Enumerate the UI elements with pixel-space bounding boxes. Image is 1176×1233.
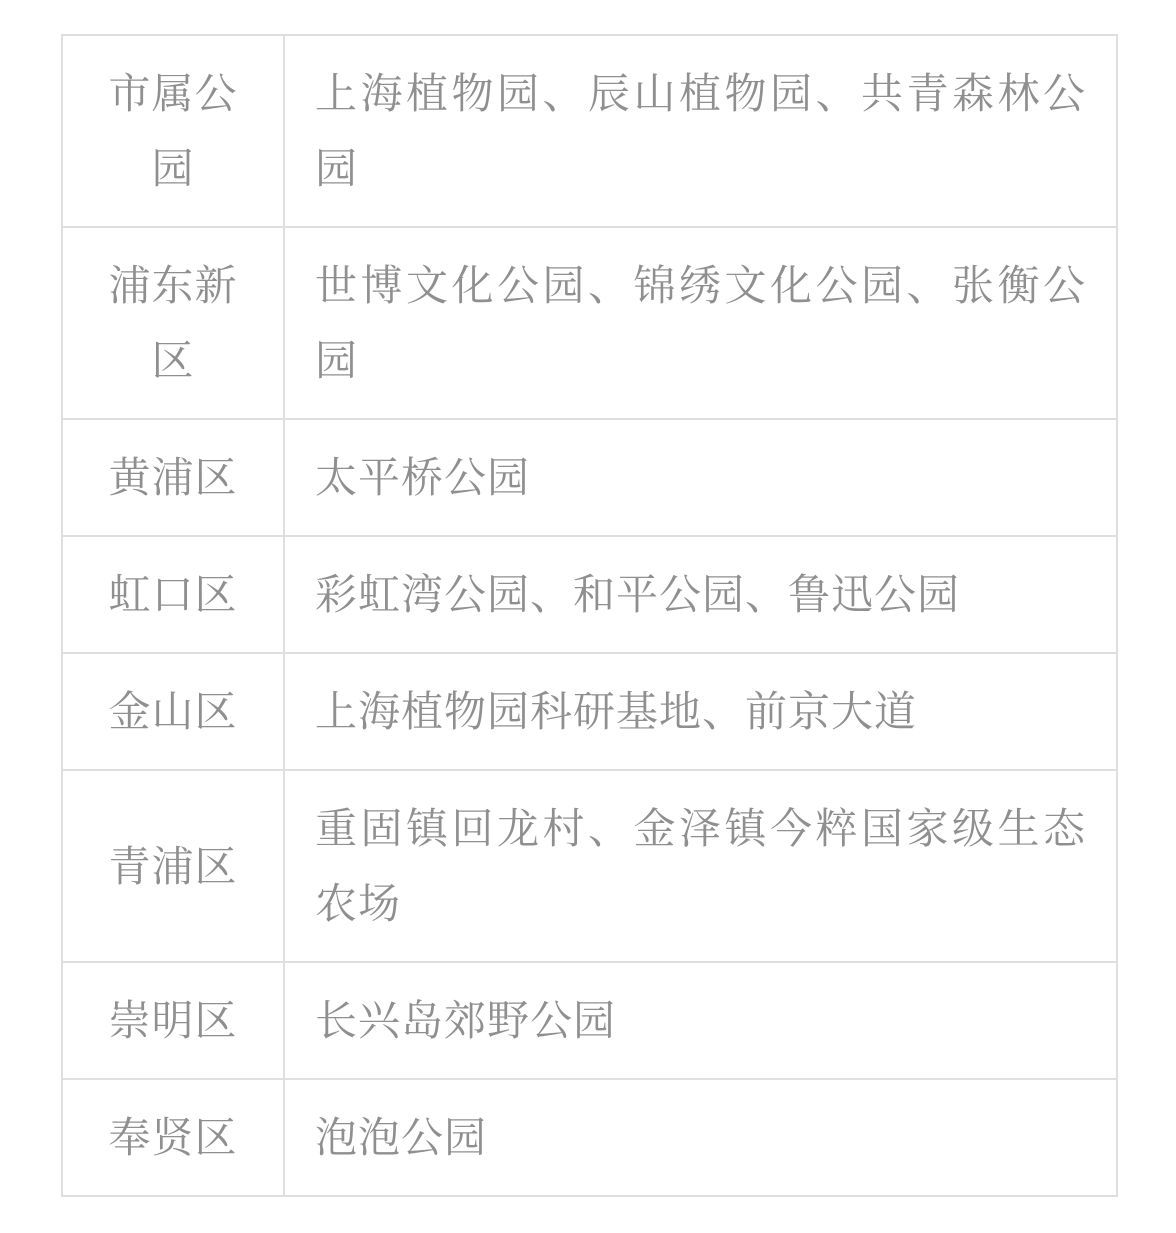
region-cell: 浦东新区 bbox=[62, 227, 284, 419]
parks-cell: 重固镇回龙村、金泽镇今粹国家级生态农场 bbox=[284, 770, 1117, 962]
parks-cell: 太平桥公园 bbox=[284, 419, 1117, 536]
table-row: 青浦区 重固镇回龙村、金泽镇今粹国家级生态农场 bbox=[62, 770, 1117, 962]
parks-cell: 长兴岛郊野公园 bbox=[284, 962, 1117, 1079]
article-body: 市属公园 上海植物园、辰山植物园、共青森林公园 浦东新区 世博文化公园、锦绣文化… bbox=[0, 0, 1176, 1197]
table-row: 奉贤区 泡泡公园 bbox=[62, 1079, 1117, 1196]
parks-cell: 世博文化公园、锦绣文化公园、张衡公园 bbox=[284, 227, 1117, 419]
table-row: 黄浦区 太平桥公园 bbox=[62, 419, 1117, 536]
parks-cell: 彩虹湾公园、和平公园、鲁迅公园 bbox=[284, 536, 1117, 653]
region-cell: 黄浦区 bbox=[62, 419, 284, 536]
parks-cell: 上海植物园科研基地、前京大道 bbox=[284, 653, 1117, 770]
region-cell: 青浦区 bbox=[62, 770, 284, 962]
region-cell: 金山区 bbox=[62, 653, 284, 770]
table-row: 浦东新区 世博文化公园、锦绣文化公园、张衡公园 bbox=[62, 227, 1117, 419]
parks-cell: 泡泡公园 bbox=[284, 1079, 1117, 1196]
district-parks-table: 市属公园 上海植物园、辰山植物园、共青森林公园 浦东新区 世博文化公园、锦绣文化… bbox=[61, 34, 1118, 1197]
table-row: 市属公园 上海植物园、辰山植物园、共青森林公园 bbox=[62, 35, 1117, 227]
parks-cell: 上海植物园、辰山植物园、共青森林公园 bbox=[284, 35, 1117, 227]
table-row: 崇明区 长兴岛郊野公园 bbox=[62, 962, 1117, 1079]
region-cell: 虹口区 bbox=[62, 536, 284, 653]
region-cell: 奉贤区 bbox=[62, 1079, 284, 1196]
table-row: 金山区 上海植物园科研基地、前京大道 bbox=[62, 653, 1117, 770]
region-cell: 市属公园 bbox=[62, 35, 284, 227]
region-cell: 崇明区 bbox=[62, 962, 284, 1079]
table-row: 虹口区 彩虹湾公园、和平公园、鲁迅公园 bbox=[62, 536, 1117, 653]
parks-table-body: 市属公园 上海植物园、辰山植物园、共青森林公园 浦东新区 世博文化公园、锦绣文化… bbox=[62, 35, 1117, 1196]
